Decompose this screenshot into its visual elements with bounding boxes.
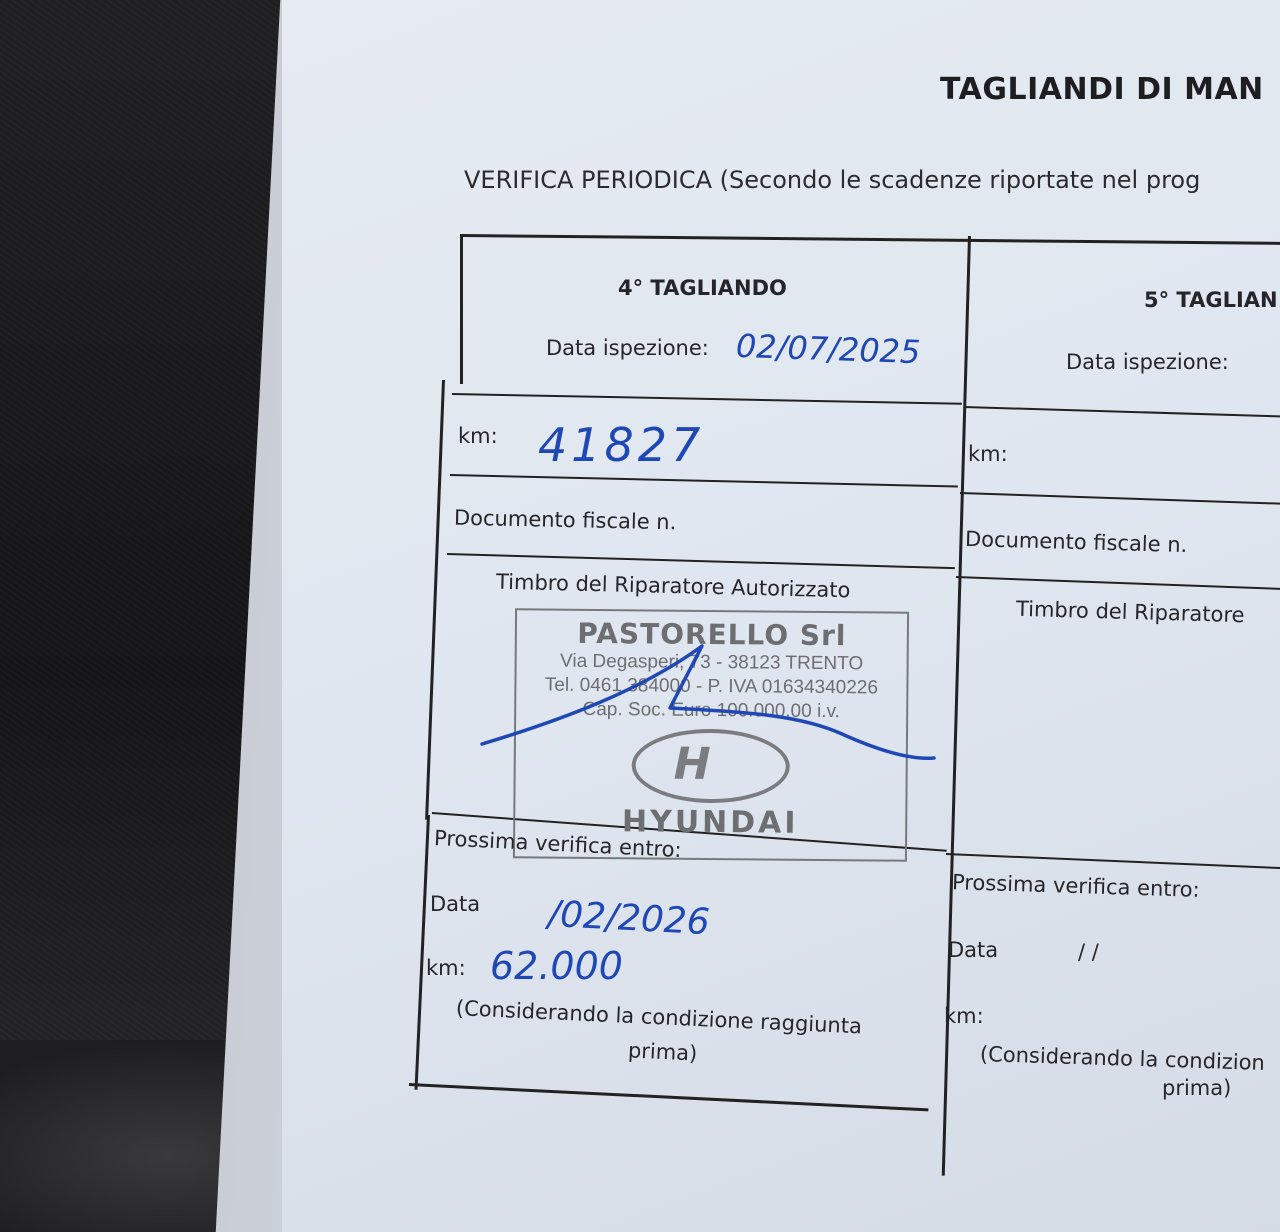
page-title: TAGLIANDI DI MAN bbox=[940, 72, 1264, 107]
row-divider-1-col2 bbox=[964, 406, 1280, 418]
condition-note-line1: (Considerando la condizione raggiunta bbox=[455, 996, 862, 1038]
coupon-header: 5° TAGLIAN bbox=[1144, 288, 1278, 312]
next-km-label: km: bbox=[426, 956, 466, 980]
condition-note-line2: prima) bbox=[627, 1038, 697, 1065]
dealer-stamp: PASTORELLO Srl Via Degasperi, 73 - 38123… bbox=[513, 608, 909, 861]
inspection-date-label: Data ispezione: bbox=[1066, 350, 1229, 374]
stamp-capital: Cap. Soc. Euro 100.000,00 i.v. bbox=[516, 697, 906, 724]
row-divider-4-col2 bbox=[946, 853, 1280, 870]
next-date-value[interactable]: / / bbox=[1078, 940, 1099, 964]
row-divider-3 bbox=[447, 553, 955, 569]
condition-note-line2: prima) bbox=[1162, 1076, 1231, 1100]
next-km-value[interactable]: 62.000 bbox=[490, 944, 623, 988]
stamp-address: Via Degasperi, 73 - 38123 TRENTO bbox=[517, 649, 907, 676]
row-divider-3-col2 bbox=[956, 576, 1280, 590]
stamp-dealer-name: PASTORELLO Srl bbox=[517, 616, 907, 652]
table-left-border bbox=[460, 234, 463, 384]
fiscal-document-label: Documento fiscale n. bbox=[454, 506, 677, 535]
table-left-border-bottom bbox=[415, 815, 430, 1090]
hyundai-logo-glyph: H bbox=[674, 739, 711, 790]
table-bottom-border bbox=[409, 1083, 929, 1111]
condition-note-line1: (Considerando la condizion bbox=[980, 1042, 1266, 1075]
stamp-phone-vat: Tel. 0461 384000 - P. IVA 01634340226 bbox=[516, 673, 906, 700]
next-km-label: km: bbox=[944, 1004, 984, 1028]
km-value[interactable]: 41827 bbox=[538, 418, 704, 472]
next-date-value[interactable]: /02/2026 bbox=[547, 894, 711, 943]
fiscal-document-label: Documento fiscale n. bbox=[965, 527, 1188, 557]
row-divider-2-col2 bbox=[960, 492, 1280, 505]
next-check-label: Prossima verifica entro: bbox=[952, 870, 1200, 902]
stamp-label: Timbro del Riparatore bbox=[1016, 597, 1245, 627]
next-date-label: Data bbox=[948, 938, 998, 962]
table-left-border-lower bbox=[425, 380, 445, 820]
inspection-date-value[interactable]: 02/07/2025 bbox=[735, 327, 921, 371]
coupon-header: 4° TAGLIANDO bbox=[618, 276, 787, 300]
km-label: km: bbox=[458, 424, 498, 448]
hyundai-logo-icon: H bbox=[631, 728, 790, 803]
next-date-label: Data bbox=[430, 892, 480, 916]
km-label: km: bbox=[968, 442, 1008, 466]
section-subtitle: VERIFICA PERIODICA (Secondo le scadenze … bbox=[464, 166, 1200, 194]
row-divider-2 bbox=[450, 474, 958, 488]
stamp-label: Timbro del Riparatore Autorizzato bbox=[496, 570, 851, 603]
inspection-date-label: Data ispezione: bbox=[546, 336, 709, 360]
table-top-border bbox=[462, 234, 1280, 245]
row-divider-1 bbox=[452, 393, 962, 405]
maintenance-booklet-page: TAGLIANDI DI MAN VERIFICA PERIODICA (Sec… bbox=[282, 0, 1280, 1232]
column-divider bbox=[942, 236, 971, 1176]
